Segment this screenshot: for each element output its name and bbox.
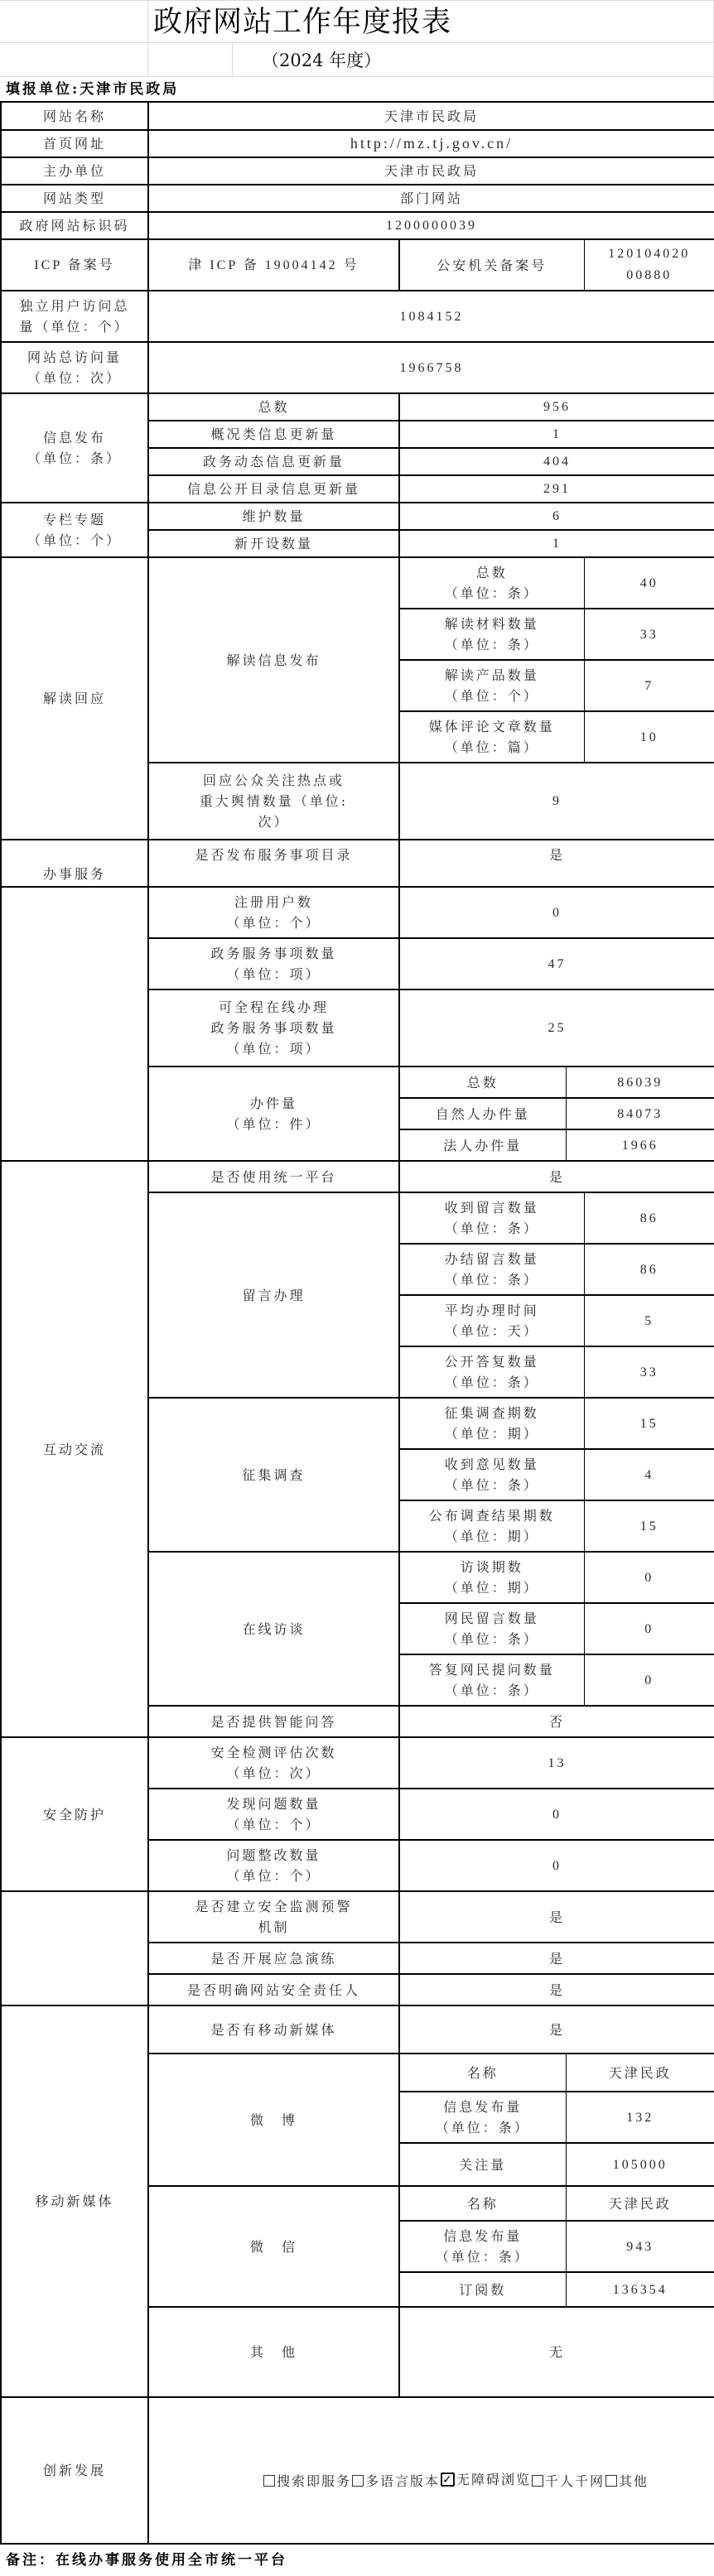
interaction-section-label: 互动交流 — [1, 1161, 148, 1737]
unified-platform-value: 是 — [399, 1161, 714, 1192]
row-sponsor: 主办单位 天津市民政局 — [1, 157, 714, 185]
has-new-media-label: 是否有移动新媒体 — [148, 2005, 399, 2054]
blank-section-cell — [1, 1891, 148, 2005]
interpretation-item-value: 33 — [584, 609, 714, 660]
service-items-value: 47 — [399, 938, 714, 989]
row-security-mechanism: 是否建立安全监测预警 机制 是 — [1, 1891, 714, 1943]
wechat-item-value: 天津民政 — [566, 2186, 714, 2221]
site-name-value: 天津市民政局 — [148, 102, 714, 130]
unique-visitors-value: 1084152 — [148, 291, 714, 342]
cases-item-value: 1966 — [566, 1129, 714, 1161]
wechat-item-label: 名称 — [399, 2186, 566, 2221]
innovation-option: 千人千网 — [531, 2471, 605, 2492]
info-publish-section-label: 信息发布 （单位：条） — [1, 393, 148, 503]
row-unique-visitors: 独立用户访问总 量（单位：个） 1084152 — [1, 291, 714, 342]
row-info-publish: 信息发布 （单位：条） 总数 956 — [1, 393, 714, 421]
site-type-label: 网站类型 — [1, 185, 148, 212]
cases-item-value: 84073 — [566, 1098, 714, 1129]
gridline — [0, 0, 714, 1]
checkbox-icon — [263, 2475, 275, 2487]
columns-item-label: 新开设数量 — [148, 530, 399, 557]
innovation-option-label: 多语言版本 — [365, 2471, 440, 2492]
row-unified-platform: 互动交流 是否使用统一平台 是 — [1, 1161, 714, 1192]
security-item-label: 发现问题数量 （单位：个） — [148, 1789, 399, 1840]
police-record-value: 12010402000880 — [605, 243, 694, 286]
service-catalog-value: 是 — [399, 840, 714, 887]
messages-label: 留言办理 — [148, 1192, 399, 1398]
innovation-option: 多语言版本 — [351, 2471, 440, 2492]
icp-value: 津 ICP 备 19004142 号 — [148, 239, 399, 291]
unified-platform-label: 是否使用统一平台 — [148, 1161, 399, 1192]
security-item-label: 安全检测评估次数 （单位：次） — [148, 1737, 399, 1789]
interpretation-item-label: 总数 （单位：条） — [399, 557, 584, 609]
row-site-type: 网站类型 部门网站 — [1, 185, 714, 212]
public-response-value: 9 — [399, 763, 714, 840]
info-publish-item-label: 概况类信息更新量 — [148, 421, 399, 448]
row-security: 安全防护 安全检测评估次数 （单位：次） 13 — [1, 1737, 714, 1789]
police-record-label: 公安机关备案号 — [399, 239, 584, 291]
service-catalog-label: 是否发布服务事项目录 — [148, 840, 399, 887]
security-section-label: 安全防护 — [1, 1737, 148, 1891]
weibo-label: 微 博 — [148, 2054, 399, 2186]
row-site-code: 政府网站标识码 1200000039 — [1, 212, 714, 239]
messages-item-value: 33 — [584, 1346, 714, 1398]
weibo-item-label: 信息发布量 （单位：条） — [399, 2092, 566, 2143]
surveys-item-value: 15 — [584, 1500, 714, 1552]
info-publish-item-value: 404 — [399, 448, 714, 475]
has-new-media-value: 是 — [399, 2005, 714, 2054]
row-service-catalog: 办事服务 是否发布服务事项目录 是 — [1, 840, 714, 887]
cases-item-label: 总数 — [399, 1067, 566, 1098]
interpretation-item-label: 解读材料数量 （单位：条） — [399, 609, 584, 660]
surveys-item-label: 公布调查结果期数 （单位：期） — [399, 1500, 584, 1552]
reporting-unit: 填报单位:天津市民政局 — [6, 78, 179, 101]
interpretation-item-value: 7 — [584, 660, 714, 711]
report-year: （2024 年度） — [262, 48, 381, 73]
innovation-option: 其他 — [605, 2471, 649, 2492]
interpretation-item-value: 40 — [584, 557, 714, 609]
homepage-cell: http://mz.tj.gov.cn/ — [148, 130, 714, 157]
cases-item-label: 法人办件量 — [399, 1129, 566, 1161]
public-response-label: 回应公众关注热点或 重大舆情数量（单位: 次） — [148, 763, 399, 840]
info-publish-item-label: 政务动态信息更新量 — [148, 448, 399, 475]
mechanism-label: 是否开展应急演练 — [148, 1943, 399, 1974]
checkbox-icon — [605, 2475, 617, 2487]
interpretation-section-label: 解读回应 — [1, 557, 148, 840]
unique-visitors-label: 独立用户访问总 量（单位：个） — [1, 291, 148, 342]
surveys-item-label: 收到意见数量 （单位：条） — [399, 1449, 584, 1500]
wechat-item-value: 136354 — [566, 2272, 714, 2307]
mechanism-label: 是否明确网站安全责任人 — [148, 1974, 399, 2005]
surveys-item-label: 征集调查期数 （单位：期） — [399, 1398, 584, 1449]
weibo-item-value: 132 — [566, 2092, 714, 2143]
messages-item-value: 5 — [584, 1295, 714, 1346]
innovation-options: 搜索即服务多语言版本无障碍浏览千人千网其他 — [215, 2469, 649, 2492]
innovation-option: 无障碍浏览 — [440, 2469, 531, 2490]
innovation-option-label: 搜索即服务 — [277, 2471, 351, 2492]
police-record-cell: 12010402000880 — [584, 239, 714, 291]
mechanism-value: 是 — [399, 1974, 714, 2005]
interpretation-item-value: 10 — [584, 711, 714, 763]
row-total-visits: 网站总访问量 （单位：次） 1966758 — [1, 342, 714, 393]
sponsor-label: 主办单位 — [1, 157, 148, 185]
site-code-label: 政府网站标识码 — [1, 212, 148, 239]
row-interpretation: 解读回应 解读信息发布 总数 （单位：条） 40 — [1, 557, 714, 609]
interviews-label: 在线访谈 — [148, 1552, 399, 1706]
innovation-section-label: 创新发展 — [1, 2397, 148, 2544]
innovation-option-label: 无障碍浏览 — [456, 2469, 531, 2490]
interpretation-publish-label: 解读信息发布 — [148, 557, 399, 763]
interviews-item-label: 网民留言数量 （单位：条） — [399, 1603, 584, 1654]
blank-section-cell — [1, 887, 148, 1161]
wechat-label: 微 信 — [148, 2186, 399, 2307]
innovation-option-label: 其他 — [619, 2471, 649, 2492]
report-table: 网站名称 天津市民政局 首页网址 http://mz.tj.gov.cn/ 主办… — [0, 101, 714, 2545]
columns-section-label: 专栏专题 （单位：个） — [1, 503, 148, 557]
row-innovation: 创新发展 搜索即服务多语言版本无障碍浏览千人千网其他 — [1, 2397, 714, 2544]
cases-item-value: 86039 — [566, 1067, 714, 1098]
weibo-item-value: 天津民政 — [566, 2054, 714, 2092]
interviews-item-label: 答复网民提问数量 （单位：条） — [399, 1654, 584, 1706]
mechanism-value: 是 — [399, 1891, 714, 1943]
gridline — [0, 42, 714, 43]
messages-item-value: 86 — [584, 1192, 714, 1244]
homepage-link[interactable]: http://mz.tj.gov.cn/ — [350, 135, 513, 152]
checkbox-icon — [532, 2475, 543, 2487]
info-publish-item-label: 信息公开目录信息更新量 — [148, 475, 399, 503]
columns-item-label: 维护数量 — [148, 503, 399, 530]
weibo-item-label: 关注量 — [399, 2143, 566, 2186]
checkbox-icon — [352, 2475, 364, 2487]
info-publish-item-label: 总数 — [148, 393, 399, 421]
gridline — [147, 0, 148, 76]
mechanism-value: 是 — [399, 1943, 714, 1974]
smart-qa-label: 是否提供智能问答 — [148, 1706, 399, 1737]
row-homepage: 首页网址 http://mz.tj.gov.cn/ — [1, 130, 714, 157]
messages-item-value: 86 — [584, 1244, 714, 1295]
services-section-label: 办事服务 — [1, 840, 148, 887]
other-media-label: 其 他 — [148, 2307, 399, 2397]
total-visits-value: 1966758 — [148, 342, 714, 393]
interviews-item-label: 访谈期数 （单位：期） — [399, 1552, 584, 1603]
report-header: 政府网站工作年度报表 （2024 年度） 填报单位:天津市民政局 — [0, 0, 714, 102]
report-title: 政府网站工作年度报表 — [153, 3, 451, 41]
total-visits-label: 网站总访问量 （单位：次） — [1, 342, 148, 393]
innovation-option: 搜索即服务 — [263, 2471, 351, 2492]
gridline — [232, 42, 233, 76]
wechat-item-label: 信息发布量 （单位：条） — [399, 2221, 566, 2272]
row-has-new-media: 移动新媒体 是否有移动新媒体 是 — [1, 2005, 714, 2054]
surveys-item-value: 15 — [584, 1398, 714, 1449]
security-item-value: 13 — [399, 1737, 714, 1789]
interpretation-item-label: 媒体评论文章数量 （单位：篇） — [399, 711, 584, 763]
online-items-label: 可全程在线办理 政务服务事项数量 （单位：项） — [148, 989, 399, 1067]
wechat-item-value: 943 — [566, 2221, 714, 2272]
columns-item-value: 1 — [399, 530, 714, 557]
site-type-value: 部门网站 — [148, 185, 714, 212]
messages-item-label: 办结留言数量 （单位：条） — [399, 1244, 584, 1295]
site-code-value: 1200000039 — [148, 212, 714, 239]
security-item-label: 问题整改数量 （单位：个） — [148, 1840, 399, 1891]
surveys-item-value: 4 — [584, 1449, 714, 1500]
footnote: 备注：在线办事服务使用全市统一平台 — [6, 2549, 287, 2572]
interviews-item-value: 0 — [584, 1654, 714, 1706]
messages-item-label: 公开答复数量 （单位：条） — [399, 1346, 584, 1398]
messages-item-label: 收到留言数量 （单位：条） — [399, 1192, 584, 1244]
registered-users-value: 0 — [399, 887, 714, 938]
weibo-item-label: 名称 — [399, 2054, 566, 2092]
info-publish-item-value: 1 — [399, 421, 714, 448]
interpretation-item-label: 解读产品数量 （单位：个） — [399, 660, 584, 711]
icp-label: ICP 备案号 — [1, 239, 148, 291]
row-icp: ICP 备案号 津 ICP 备 19004142 号 公安机关备案号 12010… — [1, 239, 714, 291]
row-site-name: 网站名称 天津市民政局 — [1, 102, 714, 130]
mechanism-label: 是否建立安全监测预警 机制 — [148, 1891, 399, 1943]
checkbox-checked-icon — [441, 2472, 455, 2487]
other-media-value: 无 — [399, 2307, 714, 2397]
messages-item-label: 平均办理时间 （单位：天） — [399, 1295, 584, 1346]
surveys-label: 征集调查 — [148, 1398, 399, 1552]
info-publish-item-value: 956 — [399, 393, 714, 421]
wechat-item-label: 订阅数 — [399, 2272, 566, 2307]
columns-item-value: 6 — [399, 503, 714, 530]
security-item-value: 0 — [399, 1789, 714, 1840]
interviews-item-value: 0 — [584, 1603, 714, 1654]
interviews-item-value: 0 — [584, 1552, 714, 1603]
gridline — [0, 76, 714, 77]
sponsor-value: 天津市民政局 — [148, 157, 714, 185]
row-registered-users: 注册用户数 （单位：个） 0 — [1, 887, 714, 938]
info-publish-item-value: 291 — [399, 475, 714, 503]
innovation-options-cell: 搜索即服务多语言版本无障碍浏览千人千网其他 — [148, 2397, 714, 2544]
new-media-section-label: 移动新媒体 — [1, 2005, 148, 2397]
row-columns: 专栏专题 （单位：个） 维护数量 6 — [1, 503, 714, 530]
homepage-label: 首页网址 — [1, 130, 148, 157]
security-item-value: 0 — [399, 1840, 714, 1891]
cases-item-label: 自然人办件量 — [399, 1098, 566, 1129]
innovation-option-label: 千人千网 — [545, 2471, 605, 2492]
registered-users-label: 注册用户数 （单位：个） — [148, 887, 399, 938]
service-items-label: 政务服务事项数量 （单位：项） — [148, 938, 399, 989]
online-items-value: 25 — [399, 989, 714, 1067]
weibo-item-value: 105000 — [566, 2143, 714, 2186]
cases-label: 办件量 （单位：件） — [148, 1067, 399, 1161]
site-name-label: 网站名称 — [1, 102, 148, 130]
smart-qa-value: 否 — [399, 1706, 714, 1737]
